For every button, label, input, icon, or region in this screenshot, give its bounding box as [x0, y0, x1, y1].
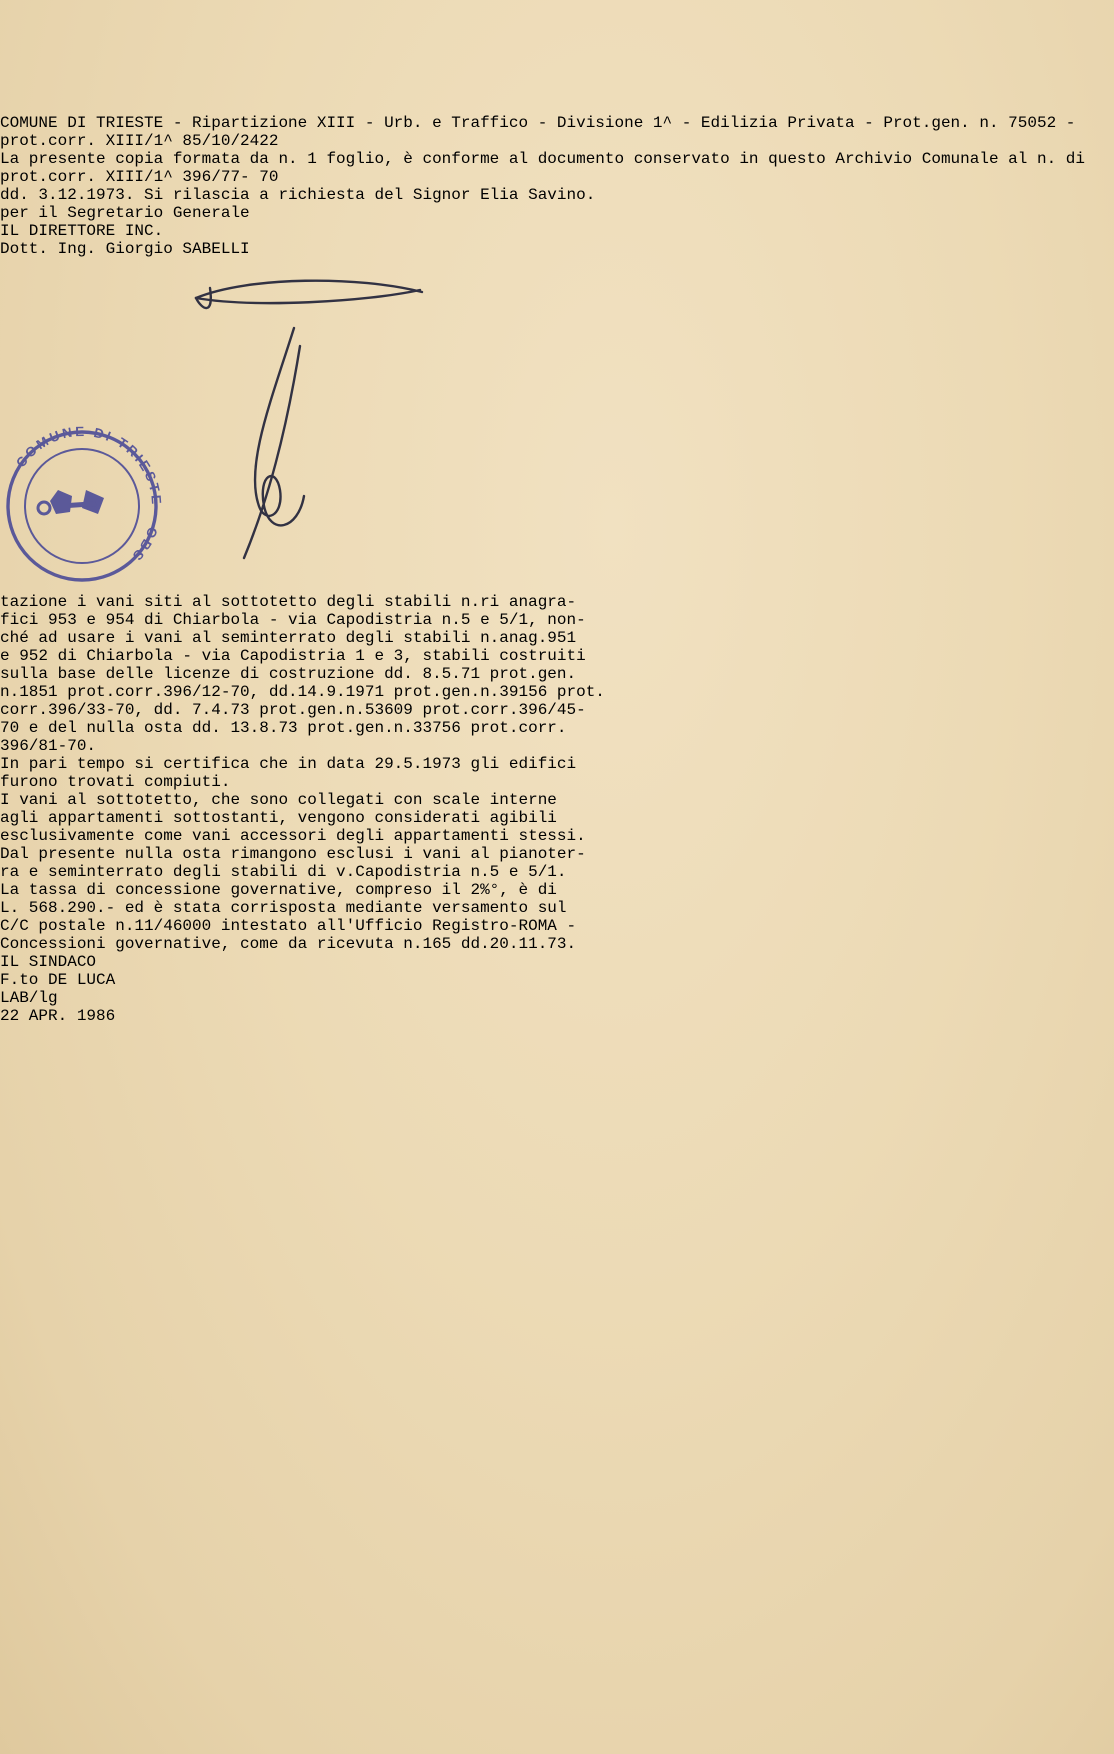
- body-line: 70 e del nulla osta dd. 13.8.73 prot.gen…: [0, 719, 1114, 737]
- closing-office-title: IL SINDACO: [0, 953, 1114, 971]
- body-line: C/C postale n.11/46000 intestato all'Uff…: [0, 917, 1114, 935]
- margin-signatory-name: Dott. Ing. Giorgio SABELLI: [0, 240, 1114, 258]
- margin-note-line-3: dd. 3.12.1973. Si rilascia a richiesta d…: [0, 186, 1114, 204]
- margin-note-line-2: La presente copia formata da n. 1 foglio…: [0, 150, 1114, 186]
- typed-body: tazione i vani siti al sottotetto degli …: [0, 593, 1114, 953]
- body-line: L. 568.290.- ed è stata corrisposta medi…: [0, 899, 1114, 917]
- bleedthrough-mark: [0, 70, 370, 86]
- body-line: e 952 di Chiarbola - via Capodistria 1 e…: [0, 647, 1114, 665]
- bleedthrough-mark: [0, 100, 420, 114]
- body-line: ra e seminterrato degli stabili di v.Cap…: [0, 863, 1114, 881]
- body-line: fici 953 e 954 di Chiarbola - via Capodi…: [0, 611, 1114, 629]
- scan-top-shadow: [0, 0, 580, 5]
- body-line: La tassa di concessione governative, com…: [0, 881, 1114, 899]
- body-line: corr.396/33-70, dd. 7.4.73 prot.gen.n.53…: [0, 701, 1114, 719]
- body-line: furono trovati compiuti.: [0, 773, 1114, 791]
- body-line: In pari tempo si certifica che in data 2…: [0, 755, 1114, 773]
- bleedthrough-mark: [0, 86, 270, 100]
- body-line: agli appartamenti sottostanti, vengono c…: [0, 809, 1114, 827]
- closing-signature-name: F.to DE LUCA: [0, 971, 1114, 989]
- body-line: 396/81-70.: [0, 737, 1114, 755]
- round-municipal-stamp: COMUNE DI TRIESTE - OBS: [0, 424, 164, 588]
- bleedthrough-mark: [0, 56, 180, 70]
- bleedthrough-mark: [0, 40, 330, 56]
- body-line: Concessioni governative, come da ricevut…: [0, 935, 1114, 953]
- stamp-emblem-icon: [38, 490, 104, 514]
- margin-note-line-1: COMUNE DI TRIESTE - Ripartizione XIII - …: [0, 114, 1114, 150]
- body-line: n.1851 prot.corr.396/12-70, dd.14.9.1971…: [0, 683, 1114, 701]
- handwritten-signature: [174, 258, 444, 588]
- body-line: esclusivamente come vani accessori degli…: [0, 827, 1114, 845]
- body-line: I vani al sottotetto, che sono collegati…: [0, 791, 1114, 809]
- margin-signatory-role: per il Segretario Generale: [0, 204, 1114, 222]
- bleedthrough-mark: [0, 24, 130, 40]
- scanned-document-page: COMUNE DI TRIESTE - Ripartizione XIII - …: [0, 0, 1114, 1754]
- body-line: ché ad usare i vani al seminterrato degl…: [0, 629, 1114, 647]
- body-line: sulla base delle licenze di costruzione …: [0, 665, 1114, 683]
- date-received-stamp: 22 APR. 1986: [0, 1007, 1114, 1025]
- margin-director-title: IL DIRETTORE INC.: [0, 222, 1114, 240]
- body-line: Dal presente nulla osta rimangono esclus…: [0, 845, 1114, 863]
- typist-reference: LAB/lg: [0, 989, 1114, 1007]
- body-line: tazione i vani siti al sottotetto degli …: [0, 593, 1114, 611]
